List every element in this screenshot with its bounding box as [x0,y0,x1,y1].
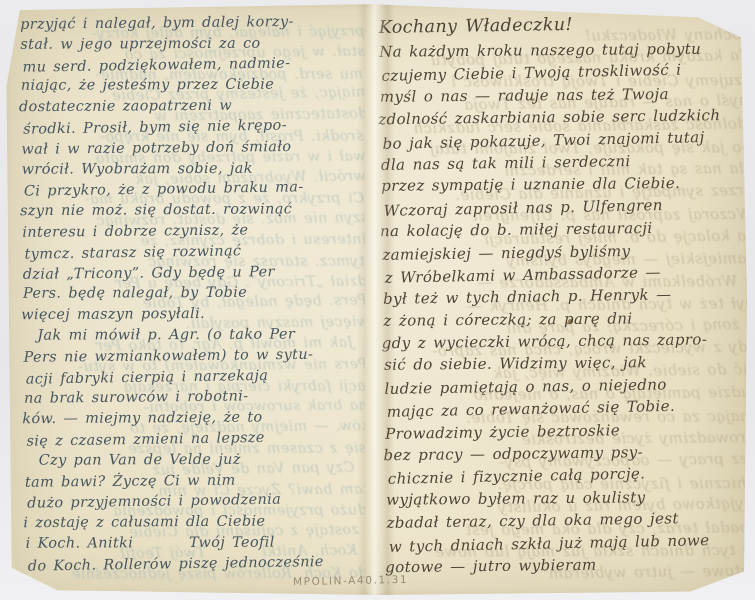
handwriting-line: Czy pan Van de Velde już [25,451,365,473]
handwriting-left-page: przyjąć i nalegał, bym dalej korzy-stał.… [20,13,365,578]
letter-sheet: przyjąć i nalegał, bym dalej korzy-stał.… [5,3,750,595]
handwriting-line: szyn nie moż. się dostat. rozwinąć [20,201,364,224]
scan-background: przyjąć i nalegał, bym dalej korzy-stał.… [0,0,755,600]
handwriting-line: Pers. będę nalegał, by Tobie [23,285,365,307]
handwriting-line: na kolację do b. miłej restauracji [380,218,750,245]
handwriting-right-page: Kochany Władeczku!Na każdym kroku naszeg… [379,12,750,581]
handwriting-line: się z czasem zmieni na lepsze [26,428,365,454]
archival-reference-mark: MPOLIN-A40.1.31 [293,574,409,588]
handwriting-line: i Koch. Anitki Twój Teofil [26,534,365,556]
handwriting-line: stał. w jego uprzejmości za co [20,35,364,57]
handwriting-line: i zostaję z całusami dla Ciebie [23,513,365,536]
letter-page-right: Kochany Władeczku!Na każdym kroku naszeg… [371,3,750,595]
handwriting-line: Jak mi mówił p. Agr. (o tako Per [23,326,365,348]
handwriting-line: więcej maszyn posyłali. [21,305,365,328]
handwriting-line: wyjątkowo byłem raz u okulisty [386,487,750,513]
handwriting-line: przyjąć i nalegał, bym dalej korzy- [20,13,364,37]
handwriting-line: gotowe — jutro wybieram [385,554,750,581]
handwriting-line: niając, że jesteśmy przez Ciebie [21,77,365,99]
paper-stain [568,319,573,324]
letter-page-left: przyjąć i nalegał, bym dalej korzy-stał.… [5,3,365,595]
center-fold-crease [357,3,395,595]
handwriting-line: sić do siebie. Widzimy więc, jak [384,353,750,379]
paper-stain [532,98,535,101]
